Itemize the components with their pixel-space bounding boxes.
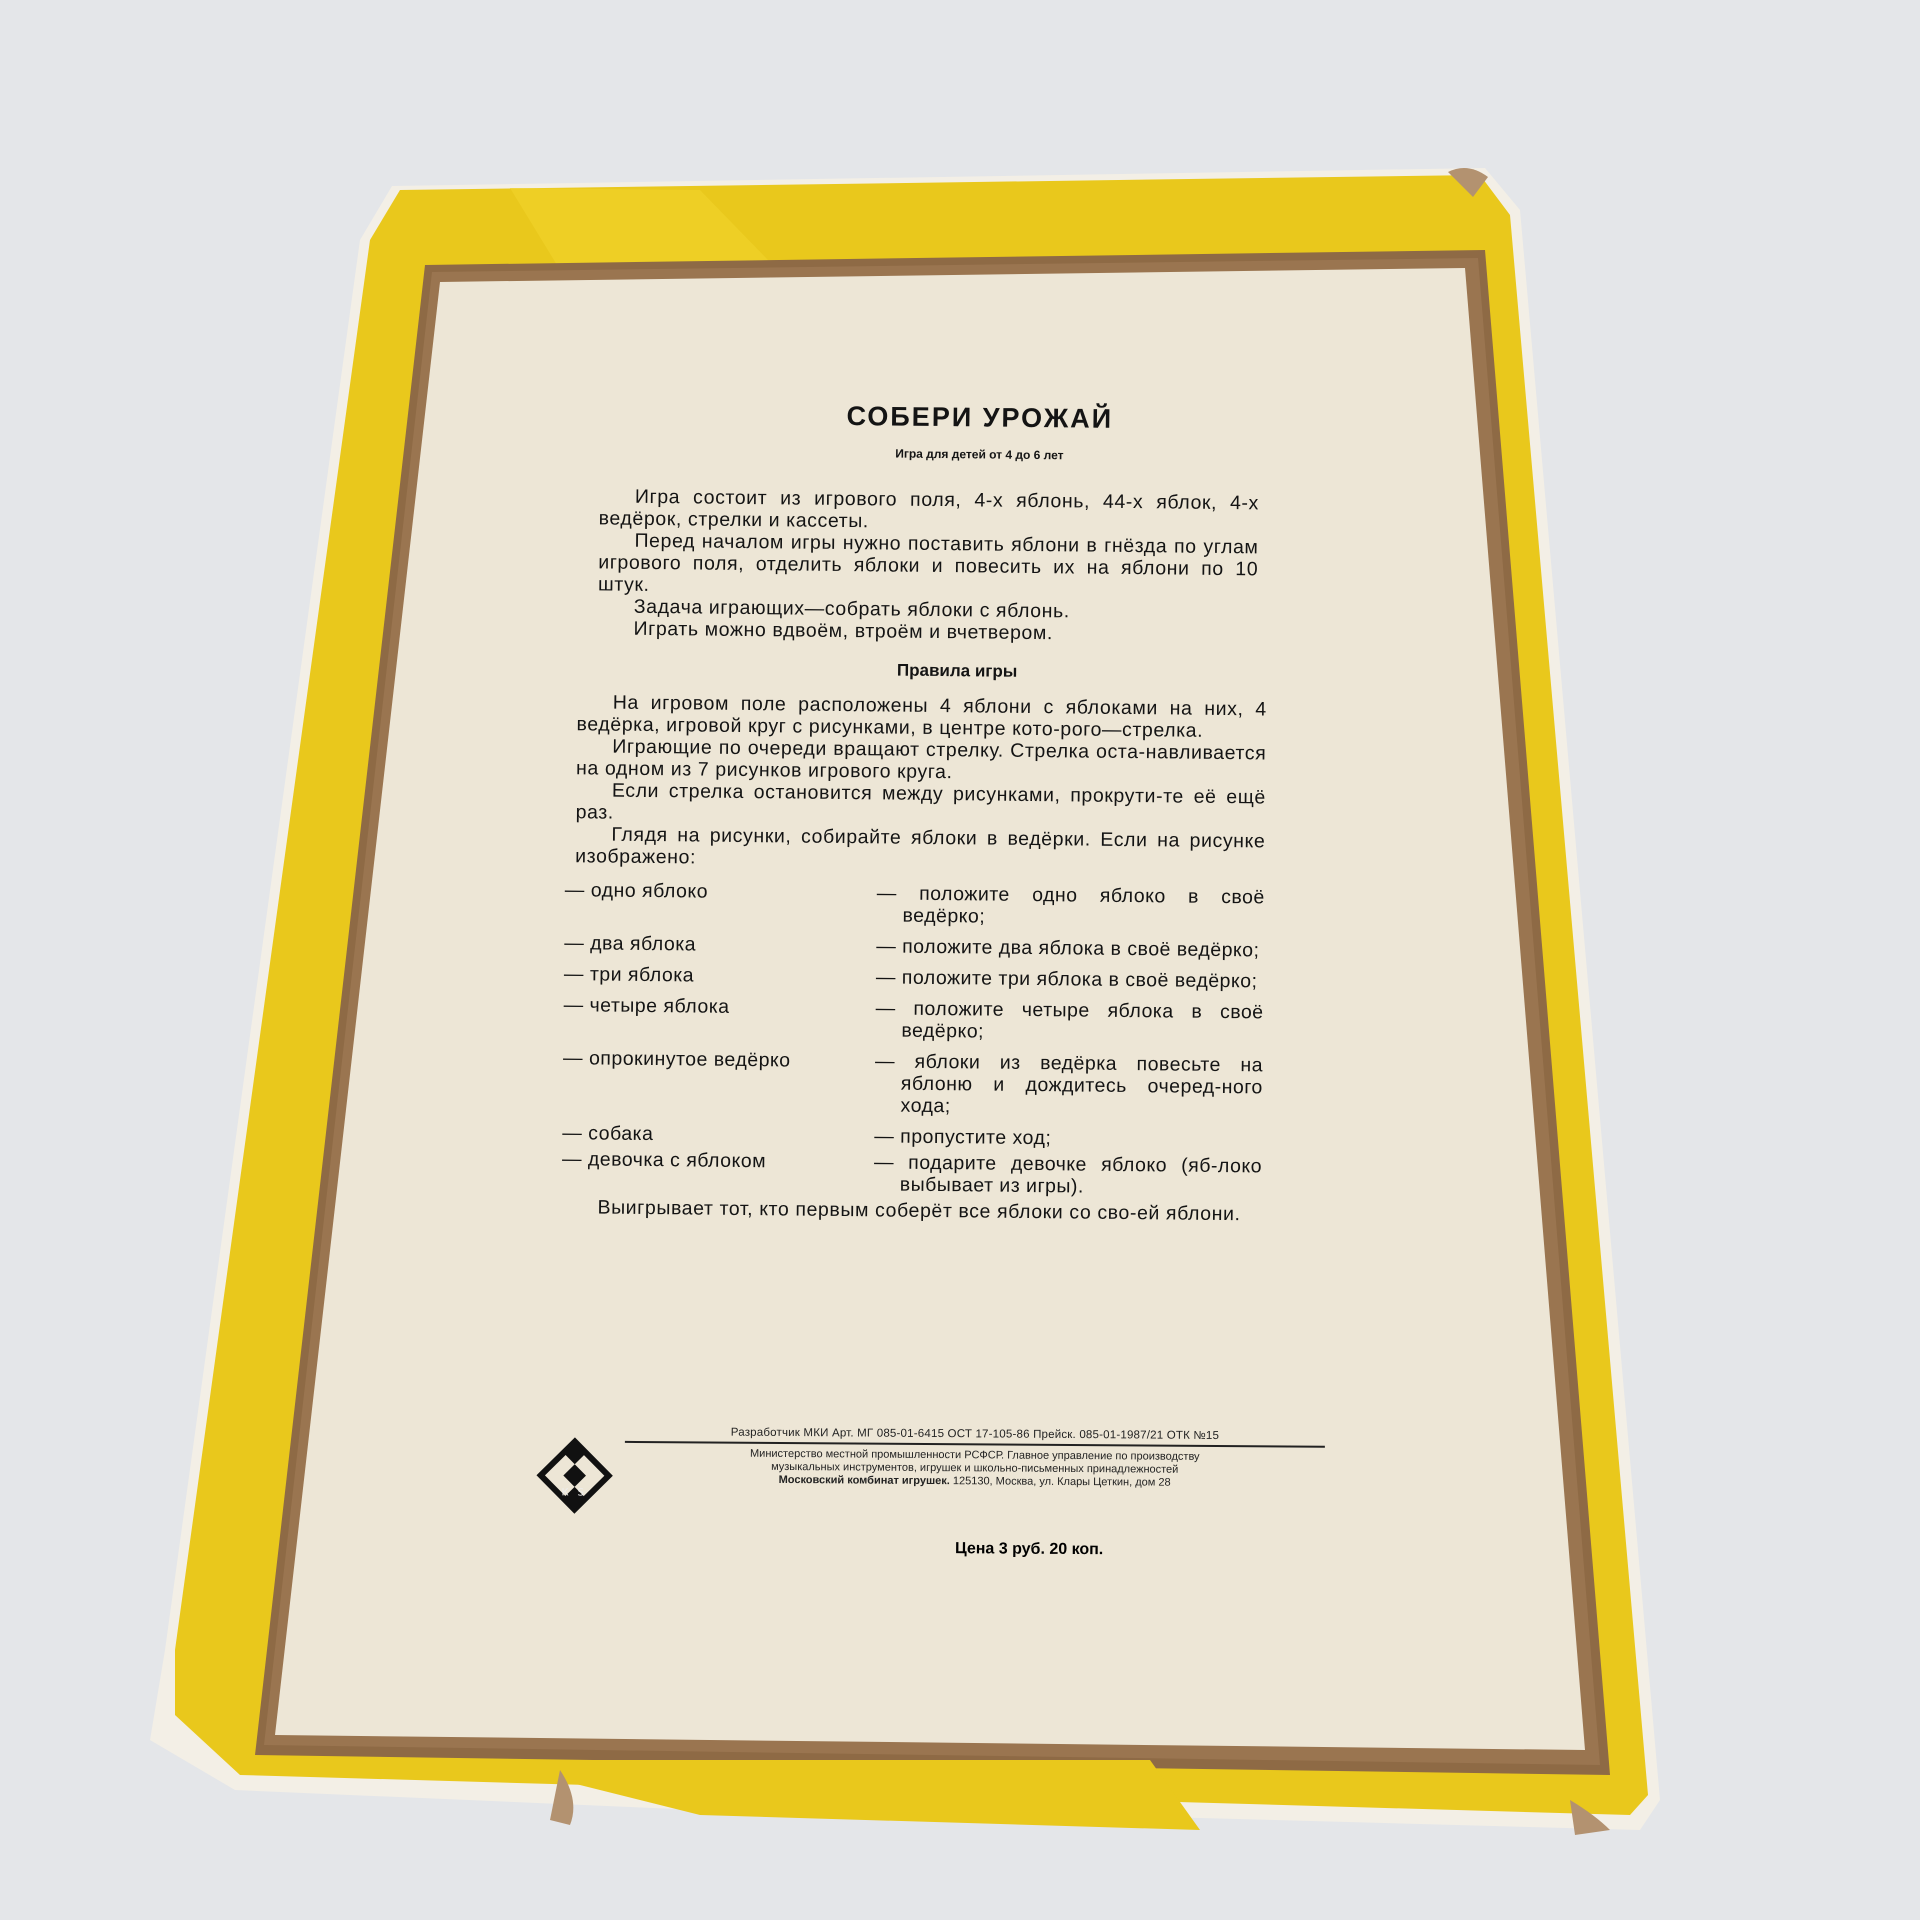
action-text: — подарите девочке яблоко (яб-локо выбыв… [874,1151,1262,1199]
factory-name: Московский комбинат игрушек. [779,1474,950,1487]
picture-label: — собака [562,1122,874,1147]
action-text: — положите одно яблоко в своё ведёрко; [876,882,1264,930]
picture-action-list: — одно яблоко — положите одно яблоко в с… [562,879,1265,1199]
intro-section: Игра состоит из игрового поля, 4-х яблон… [597,485,1259,646]
imprint-text: Разработчик МКИ Арт. МГ 085-01-6415 ОСТ … [625,1426,1325,1491]
rules-paragraph: Глядя на рисунки, собирайте яблоки в вед… [575,823,1265,874]
factory-address: 125130, Москва, ул. Клары Цеткин, дом 28 [950,1475,1171,1489]
action-text: — яблоки из ведёрка повесьте на яблоню и… [874,1050,1263,1120]
list-item: — опрокинутое ведёрко — яблоки из ведёрк… [563,1047,1264,1120]
logo-letter: К [561,1487,568,1498]
game-title: СОБЕРИ УРОЖАЙ [640,399,1320,437]
action-text: — пропустите ход; [874,1125,1262,1151]
picture-label: — два яблока [564,932,876,957]
intro-paragraph: Перед началом игры нужно поставить яблон… [598,529,1259,602]
list-item: — три яблока — положите три яблока в сво… [564,963,1264,992]
list-item: — два яблока — положите два яблока в сво… [564,932,1264,961]
list-item: — четыре яблока — положите четыре яблока… [563,994,1263,1045]
manufacturer-logo-icon: К S [534,1435,615,1516]
rules-paragraph: Играющие по очереди вращают стрелку. Стр… [576,735,1266,786]
list-item: — собака — пропустите ход; [562,1122,1262,1151]
age-subtitle: Игра для детей от 4 до 6 лет [639,444,1319,465]
intro-paragraph: Игра состоит из игрового поля, 4-х яблон… [599,485,1259,536]
logo-letter: S [577,1488,583,1499]
picture-label: — девочка с яблоком [562,1148,874,1195]
action-text: — положите три яблока в своё ведёрко; [876,966,1264,992]
rules-paragraph: Если стрелка остановится между рисунками… [576,779,1266,830]
picture-label: — опрокинутое ведёрко [563,1047,876,1116]
picture-label: — три яблока [564,963,876,988]
list-item: — девочка с яблоком — подарите девочке я… [562,1148,1262,1199]
rules-section: На игровом поле расположены 4 яблони с я… [575,691,1267,874]
picture-label: — четыре яблока [563,994,875,1041]
rules-sheet: СОБЕРИ УРОЖАЙ Игра для детей от 4 до 6 л… [551,396,1320,1226]
list-item: — одно яблоко — положите одно яблоко в с… [565,879,1265,930]
rules-paragraph: На игровом поле расположены 4 яблони с я… [576,691,1266,742]
action-text: — положите четыре яблока в своё ведёрко; [875,997,1263,1045]
picture-label: — одно яблоко [565,879,877,926]
photo-scene: СОБЕРИ УРОЖАЙ Игра для детей от 4 до 6 л… [0,0,1920,1920]
rules-heading: Правила игры [597,657,1317,685]
action-text: — положите два яблока в своё ведёрко; [876,935,1264,961]
